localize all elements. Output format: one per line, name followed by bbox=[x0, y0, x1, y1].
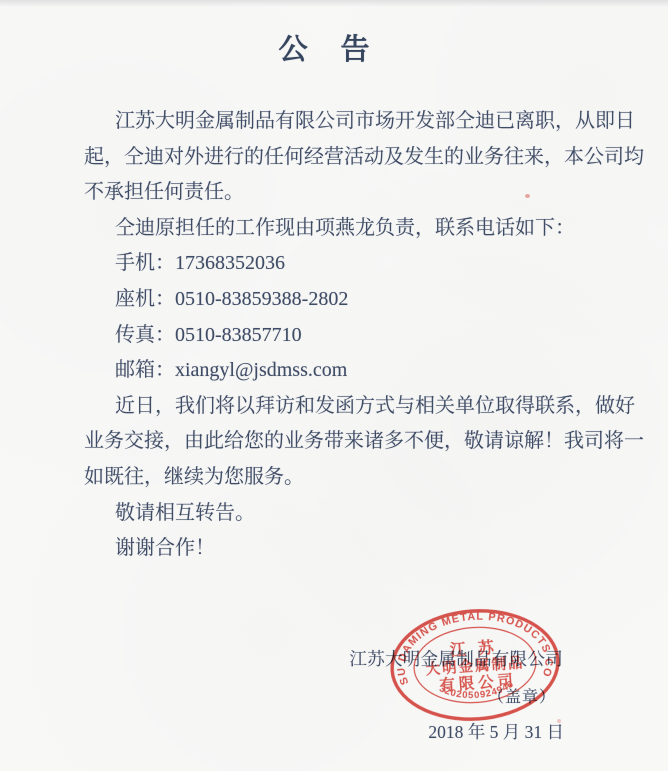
body-line: 敬请相互转告。 bbox=[84, 496, 654, 532]
body-line-mobile: 手机：17368352036 bbox=[84, 246, 654, 282]
ink-speckle bbox=[525, 194, 530, 198]
body-line: 起，仝迪对外进行的任何经营活动及发生的业务往来，本公司均 bbox=[84, 140, 654, 176]
body-line: 不承担任何责任。 bbox=[84, 175, 654, 211]
scan-edge-shadow bbox=[0, 0, 668, 7]
body-line-landline: 座机：0510-83859388-2802 bbox=[84, 282, 654, 318]
company-seal-stamp: JIANGSU DAMING METAL PRODUCTS CO.,LTD. 江… bbox=[383, 598, 567, 732]
announcement-body: 江苏大明金属制品有限公司市场开发部仝迪已离职，从即日 起，仝迪对外进行的任何经营… bbox=[84, 104, 654, 567]
body-line-email: 邮箱：xiangyl@jsdmss.com bbox=[84, 353, 654, 389]
body-line: 谢谢合作！ bbox=[84, 531, 654, 567]
announcement-page: 公 告 江苏大明金属制品有限公司市场开发部仝迪已离职，从即日 起，仝迪对外进行的… bbox=[0, 0, 668, 771]
body-line-fax: 传真：0510-83857710 bbox=[84, 318, 654, 354]
body-line: 业务交接，由此给您的业务带来诸多不便，敬请谅解！我司将一 bbox=[84, 424, 654, 460]
body-line: 江苏大明金属制品有限公司市场开发部仝迪已离职，从即日 bbox=[84, 104, 654, 140]
ink-speckle bbox=[557, 719, 561, 723]
seal-cn-line1: 江 苏 bbox=[448, 637, 498, 659]
body-line: 如既往，继续为您服务。 bbox=[84, 460, 654, 496]
announcement-title: 公 告 bbox=[0, 27, 650, 68]
body-line: 仝迪原担任的工作现由项燕龙负责，联系电话如下： bbox=[84, 211, 654, 247]
body-line: 近日，我们将以拜访和发函方式与相关单位取得联系，做好 bbox=[84, 389, 654, 425]
